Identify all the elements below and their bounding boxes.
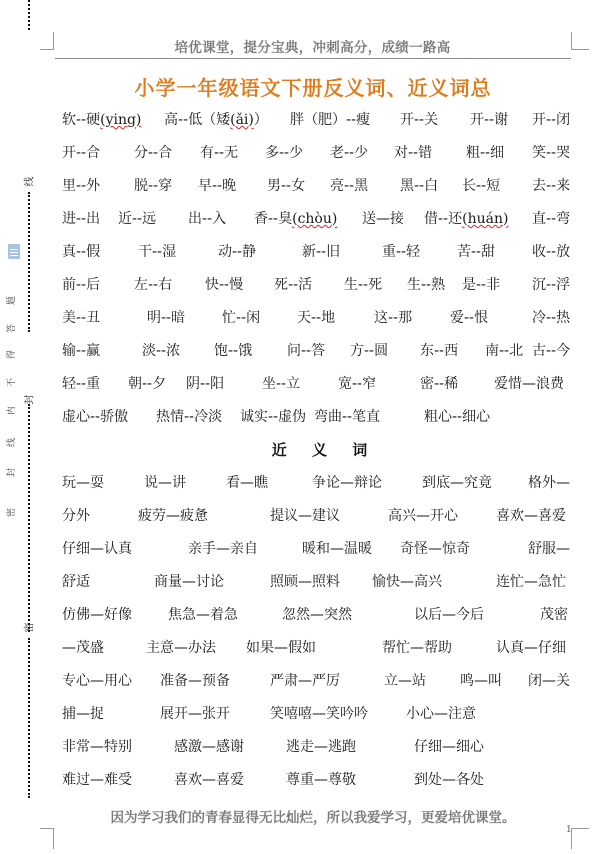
antonym-pair: 淡--浓 — [142, 335, 180, 368]
synonym-pair: 小心—注意 — [406, 698, 476, 731]
synonym-pair: 逃走—逃跑 — [286, 731, 356, 764]
synonym-pair: 喜欢—喜爱 — [174, 764, 244, 797]
corner-mark — [571, 32, 589, 50]
antonym-pair: 饱--饿 — [214, 335, 252, 368]
synonym-pair: 感激—感谢 — [174, 731, 244, 764]
antonym-pair: 动--静 — [218, 236, 256, 269]
binding-notice-char: 封 — [4, 468, 17, 477]
antonym-pair: 真--假 — [62, 236, 100, 269]
synonym-pair: 疲劳—疲惫 — [138, 500, 208, 533]
antonym-pair: 有--无 — [200, 137, 238, 170]
page-header: 培优课堂，提分宝典，冲刺高分，成绩一路高 — [55, 36, 570, 56]
antonym-pair: 脱--穿 — [134, 170, 172, 203]
binding-dotted-line — [28, 638, 30, 798]
antonym-pair: 亮--黑 — [330, 170, 368, 203]
binding-notice-char: 答 — [4, 324, 17, 333]
antonym-pair: 坐--立 — [262, 368, 300, 401]
antonym-pair: 冷--热 — [532, 302, 570, 335]
binding-notice-char: 不 — [4, 378, 17, 387]
antonym-pair: 直--弯 — [532, 203, 570, 236]
antonym-pair: 香--臭(chòu) — [254, 203, 337, 236]
synonym-row: 舒适 商量—讨论 照顾—照料 愉快—高兴 连忙—急忙 — [62, 566, 577, 599]
heading-char: 词 — [352, 434, 367, 467]
antonym-row: 进--出 近--远 出--入 香--臭(chòu) 送—接 借--还(huán)… — [62, 203, 577, 236]
antonym-pair: 早--晚 — [198, 170, 236, 203]
synonym-pair: 到处—各处 — [414, 764, 484, 797]
synonym-pair: 高兴—开心 — [388, 500, 458, 533]
synonym-pair: 商量—讨论 — [154, 566, 224, 599]
synonym-pair: 准备—预备 — [160, 665, 230, 698]
antonym-pair: 开--闭 — [532, 104, 570, 137]
antonym-pair: 宽--窄 — [338, 368, 376, 401]
antonym-row: 真--假 干--湿 动--静 新--旧 重--轻 苦--甜 收--放 — [62, 236, 577, 269]
synonym-pair: 展开—张开 — [160, 698, 230, 731]
synonym-pair: 仿佛—好像 — [62, 599, 132, 632]
document-title: 小学一年级语文下册反义词、近义词总 — [55, 72, 571, 101]
binding-notice-char: 内 — [4, 406, 17, 415]
antonym-pair: 左--右 — [134, 269, 172, 302]
synonym-pair: 舒适 — [62, 566, 90, 599]
corner-mark — [40, 828, 54, 849]
antonym-pair: 笑--哭 — [532, 137, 570, 170]
synonym-pair: 闭—关 — [528, 665, 570, 698]
binding-notice-char: 密 — [4, 508, 17, 517]
antonym-row: 轻--重 朝--夕 阴--阳 坐--立 宽--窄 密--稀 爱惜—浪费 — [62, 368, 577, 401]
synonym-pair: 照顾—照料 — [270, 566, 340, 599]
antonym-pair: 密--稀 — [420, 368, 458, 401]
synonyms-heading: 近 义 词 — [62, 434, 577, 467]
page-number: 1 — [566, 825, 572, 835]
binding-notice-char: 题 — [4, 296, 17, 305]
pinyin-annotation: (chòu) — [292, 211, 337, 227]
synonym-pair: 严肃—严厉 — [270, 665, 340, 698]
synonym-row: 专心—用心 准备—预备 严肃—严厉 立—站 鸣—叫 闭—关 — [62, 665, 577, 698]
pinyin-annotation: (ǎi) — [230, 112, 254, 128]
synonym-pair: 鸣—叫 — [460, 665, 502, 698]
synonym-row: 捕—捉 展开—张开 笑嘻嘻—笑吟吟 小心—注意 — [62, 698, 577, 731]
pair-text: 借--还 — [424, 211, 462, 227]
synonym-pair: 仔细—认真 — [62, 533, 132, 566]
synonym-pair: 分外 — [62, 500, 90, 533]
synonym-pair: 茂密 — [540, 599, 568, 632]
antonym-row: 开--合 分--合 有--无 多--少 老--少 对--错 粗--细 笑--哭 — [62, 137, 577, 170]
antonym-pair: 这--那 — [374, 302, 412, 335]
binding-label-seal: 封 — [21, 395, 36, 405]
antonym-row: 软--硬(ying) 高--低（矮(ǎi)） 胖（肥）--瘦 开--关 开--谢… — [62, 104, 577, 137]
antonym-row: 美--丑 明--暗 忙--闲 天--地 这--那 爱--恨 冷--热 — [62, 302, 577, 335]
synonym-pair: 忽然—突然 — [282, 599, 352, 632]
antonym-pair: 老--少 — [330, 137, 368, 170]
synonym-pair: 争论—辩论 — [312, 467, 382, 500]
synonym-pair: 连忙—急忙 — [496, 566, 566, 599]
synonym-pair: 暖和—温暖 — [302, 533, 372, 566]
antonym-pair: 开--合 — [62, 137, 100, 170]
synonym-pair: 喜欢—喜爱 — [496, 500, 566, 533]
antonym-pair: 长--短 — [462, 170, 500, 203]
antonym-row: 前--后 左--右 快--慢 死--活 生--死 生--熟 是--非 沉--浮 — [62, 269, 577, 302]
antonym-pair: 爱惜—浪费 — [494, 368, 564, 401]
binding-label-secret: 密 — [21, 623, 36, 633]
synonym-pair: 以后—今后 — [414, 599, 484, 632]
synonym-pair: 玩—耍 — [62, 467, 104, 500]
antonym-pair: 进--出 — [62, 203, 100, 236]
synonym-row: —茂盛 主意—办法 如果—假如 帮忙—帮助 认真—仔细 — [62, 632, 577, 665]
word-list: 软--硬(ying) 高--低（矮(ǎi)） 胖（肥）--瘦 开--关 开--谢… — [62, 104, 577, 797]
antonym-pair: 美--丑 — [62, 302, 100, 335]
antonym-row: 里--外 脱--穿 早--晚 男--女 亮--黑 黑--白 长--短 去--来 — [62, 170, 577, 203]
antonym-pair: 里--外 — [62, 170, 100, 203]
antonym-pair: 方--圆 — [350, 335, 388, 368]
antonym-pair: 男--女 — [267, 170, 305, 203]
antonym-pair: 是--非 — [462, 269, 500, 302]
antonym-pair: 多--少 — [265, 137, 303, 170]
antonym-pair: 东--西 — [420, 335, 458, 368]
antonym-pair: 古--今 — [532, 335, 570, 368]
synonym-pair: 到底—究竟 — [422, 467, 492, 500]
antonym-pair: 胖（肥）--瘦 — [290, 104, 370, 137]
header-divider — [55, 58, 571, 59]
synonym-pair: 看—瞧 — [226, 467, 268, 500]
corner-mark — [40, 32, 54, 50]
antonym-pair: 借--还(huán) — [424, 203, 508, 236]
synonym-row: 玩—耍 说—讲 看—瞧 争论—辩论 到底—究竟 格外— — [62, 467, 577, 500]
document-icon — [8, 244, 20, 259]
pair-text: 高--低（矮 — [164, 112, 230, 128]
antonym-pair: 对--错 — [394, 137, 432, 170]
heading-char: 义 — [312, 434, 327, 467]
binding-label-line: 线 — [21, 177, 36, 187]
antonym-pair: 高--低（矮(ǎi)） — [164, 104, 268, 137]
antonym-pair: 收--放 — [532, 236, 570, 269]
synonym-pair: 格外— — [528, 467, 570, 500]
document-page: 线 封 密 题 答 得 不 内 线 封 密 培优课堂，提分宝典，冲刺高分，成绩一… — [0, 0, 611, 854]
antonym-pair: 粗心--细心 — [424, 401, 490, 434]
synonym-pair: 亲手—亲自 — [188, 533, 258, 566]
binding-dotted-line — [28, 404, 30, 632]
antonym-pair: 朝--夕 — [128, 368, 166, 401]
antonym-pair: 天--地 — [297, 302, 335, 335]
pair-text: 软--硬 — [62, 112, 100, 128]
synonym-pair: 非常—特别 — [62, 731, 132, 764]
antonym-row: 虚心--骄傲 热情--冷淡 诚实--虚伪 弯曲--笔直 粗心--细心 — [62, 401, 577, 434]
synonym-pair: 焦急—着急 — [168, 599, 238, 632]
antonym-pair: 阴--阳 — [186, 368, 224, 401]
binding-dotted-line — [28, 0, 30, 30]
synonym-pair: 如果—假如 — [246, 632, 316, 665]
antonym-pair: 分--合 — [134, 137, 172, 170]
synonym-row: 难过—难受 喜欢—喜爱 尊重—尊敬 到处—各处 — [62, 764, 577, 797]
synonym-row: 仿佛—好像 焦急—着急 忽然—突然 以后—今后 茂密 — [62, 599, 577, 632]
synonym-pair: 笑嘻嘻—笑吟吟 — [270, 698, 368, 731]
antonym-pair: 死--活 — [274, 269, 312, 302]
synonym-pair: 提议—建议 — [270, 500, 340, 533]
antonym-pair: 近--远 — [118, 203, 156, 236]
synonym-pair: 奇怪—惊奇 — [400, 533, 470, 566]
antonym-pair: 快--慢 — [205, 269, 243, 302]
antonym-pair: 新--旧 — [302, 236, 340, 269]
synonym-pair: 说—讲 — [144, 467, 186, 500]
antonym-pair: 干--湿 — [138, 236, 176, 269]
synonym-pair: 难过—难受 — [62, 764, 132, 797]
antonym-pair: 热情--冷淡 — [156, 401, 222, 434]
antonym-pair: 沉--浮 — [532, 269, 570, 302]
synonym-pair: 舒服— — [528, 533, 570, 566]
antonym-pair: 出--入 — [188, 203, 226, 236]
pinyin-annotation: (ying) — [100, 112, 141, 128]
synonym-pair: 专心—用心 — [62, 665, 132, 698]
antonym-pair: 前--后 — [62, 269, 100, 302]
antonym-pair: 开--谢 — [470, 104, 508, 137]
corner-mark — [571, 828, 589, 849]
synonym-row: 非常—特别 感激—感谢 逃走—逃跑 仔细—细心 — [62, 731, 577, 764]
antonym-pair: 黑--白 — [400, 170, 438, 203]
pair-suffix: ） — [254, 112, 268, 128]
binding-notice-char: 线 — [4, 438, 17, 447]
synonym-pair: 帮忙—帮助 — [382, 632, 452, 665]
synonym-pair: —茂盛 — [62, 632, 104, 665]
antonym-pair: 明--暗 — [147, 302, 185, 335]
antonym-pair: 生--熟 — [407, 269, 445, 302]
antonym-pair: 南--北 — [485, 335, 523, 368]
pinyin-annotation: (huán) — [462, 211, 508, 227]
page-footer: 因为学习我们的青春显得无比灿烂，所以我爱学习，更爱培优课堂。 — [55, 806, 571, 826]
antonym-pair: 重--轻 — [382, 236, 420, 269]
antonym-pair: 生--死 — [344, 269, 382, 302]
antonym-pair: 苦--甜 — [457, 236, 495, 269]
antonym-pair: 爱--恨 — [450, 302, 488, 335]
antonym-pair: 弯曲--笔直 — [314, 401, 380, 434]
synonym-row: 仔细—认真 亲手—亲自 暖和—温暖 奇怪—惊奇 舒服— — [62, 533, 577, 566]
synonym-pair: 捕—捉 — [62, 698, 104, 731]
antonym-pair: 虚心--骄傲 — [62, 401, 128, 434]
synonym-pair: 愉快—高兴 — [372, 566, 442, 599]
antonym-pair: 输--赢 — [62, 335, 100, 368]
antonym-pair: 开--关 — [400, 104, 438, 137]
antonym-pair: 粗--细 — [466, 137, 504, 170]
antonym-pair: 轻--重 — [62, 368, 100, 401]
antonym-row: 输--赢 淡--浓 饱--饿 问--答 方--圆 东--西 南--北 古--今 — [62, 335, 577, 368]
antonym-pair: 诚实--虚伪 — [240, 401, 306, 434]
heading-char: 近 — [272, 434, 287, 467]
antonym-pair: 软--硬(ying) — [62, 104, 141, 137]
synonym-pair: 认真—仔细 — [496, 632, 566, 665]
binding-dotted-line — [28, 192, 30, 332]
antonym-pair: 去--来 — [532, 170, 570, 203]
antonym-pair: 问--答 — [287, 335, 325, 368]
synonym-row: 分外 疲劳—疲惫 提议—建议 高兴—开心 喜欢—喜爱 — [62, 500, 577, 533]
synonym-pair: 主意—办法 — [146, 632, 216, 665]
binding-notice-char: 得 — [4, 350, 17, 359]
pair-text: 香--臭 — [254, 211, 292, 227]
synonym-pair: 尊重—尊敬 — [286, 764, 356, 797]
antonym-pair: 忙--闲 — [222, 302, 260, 335]
synonym-pair: 仔细—细心 — [414, 731, 484, 764]
synonym-pair: 立—站 — [384, 665, 426, 698]
antonym-pair: 送—接 — [362, 203, 404, 236]
